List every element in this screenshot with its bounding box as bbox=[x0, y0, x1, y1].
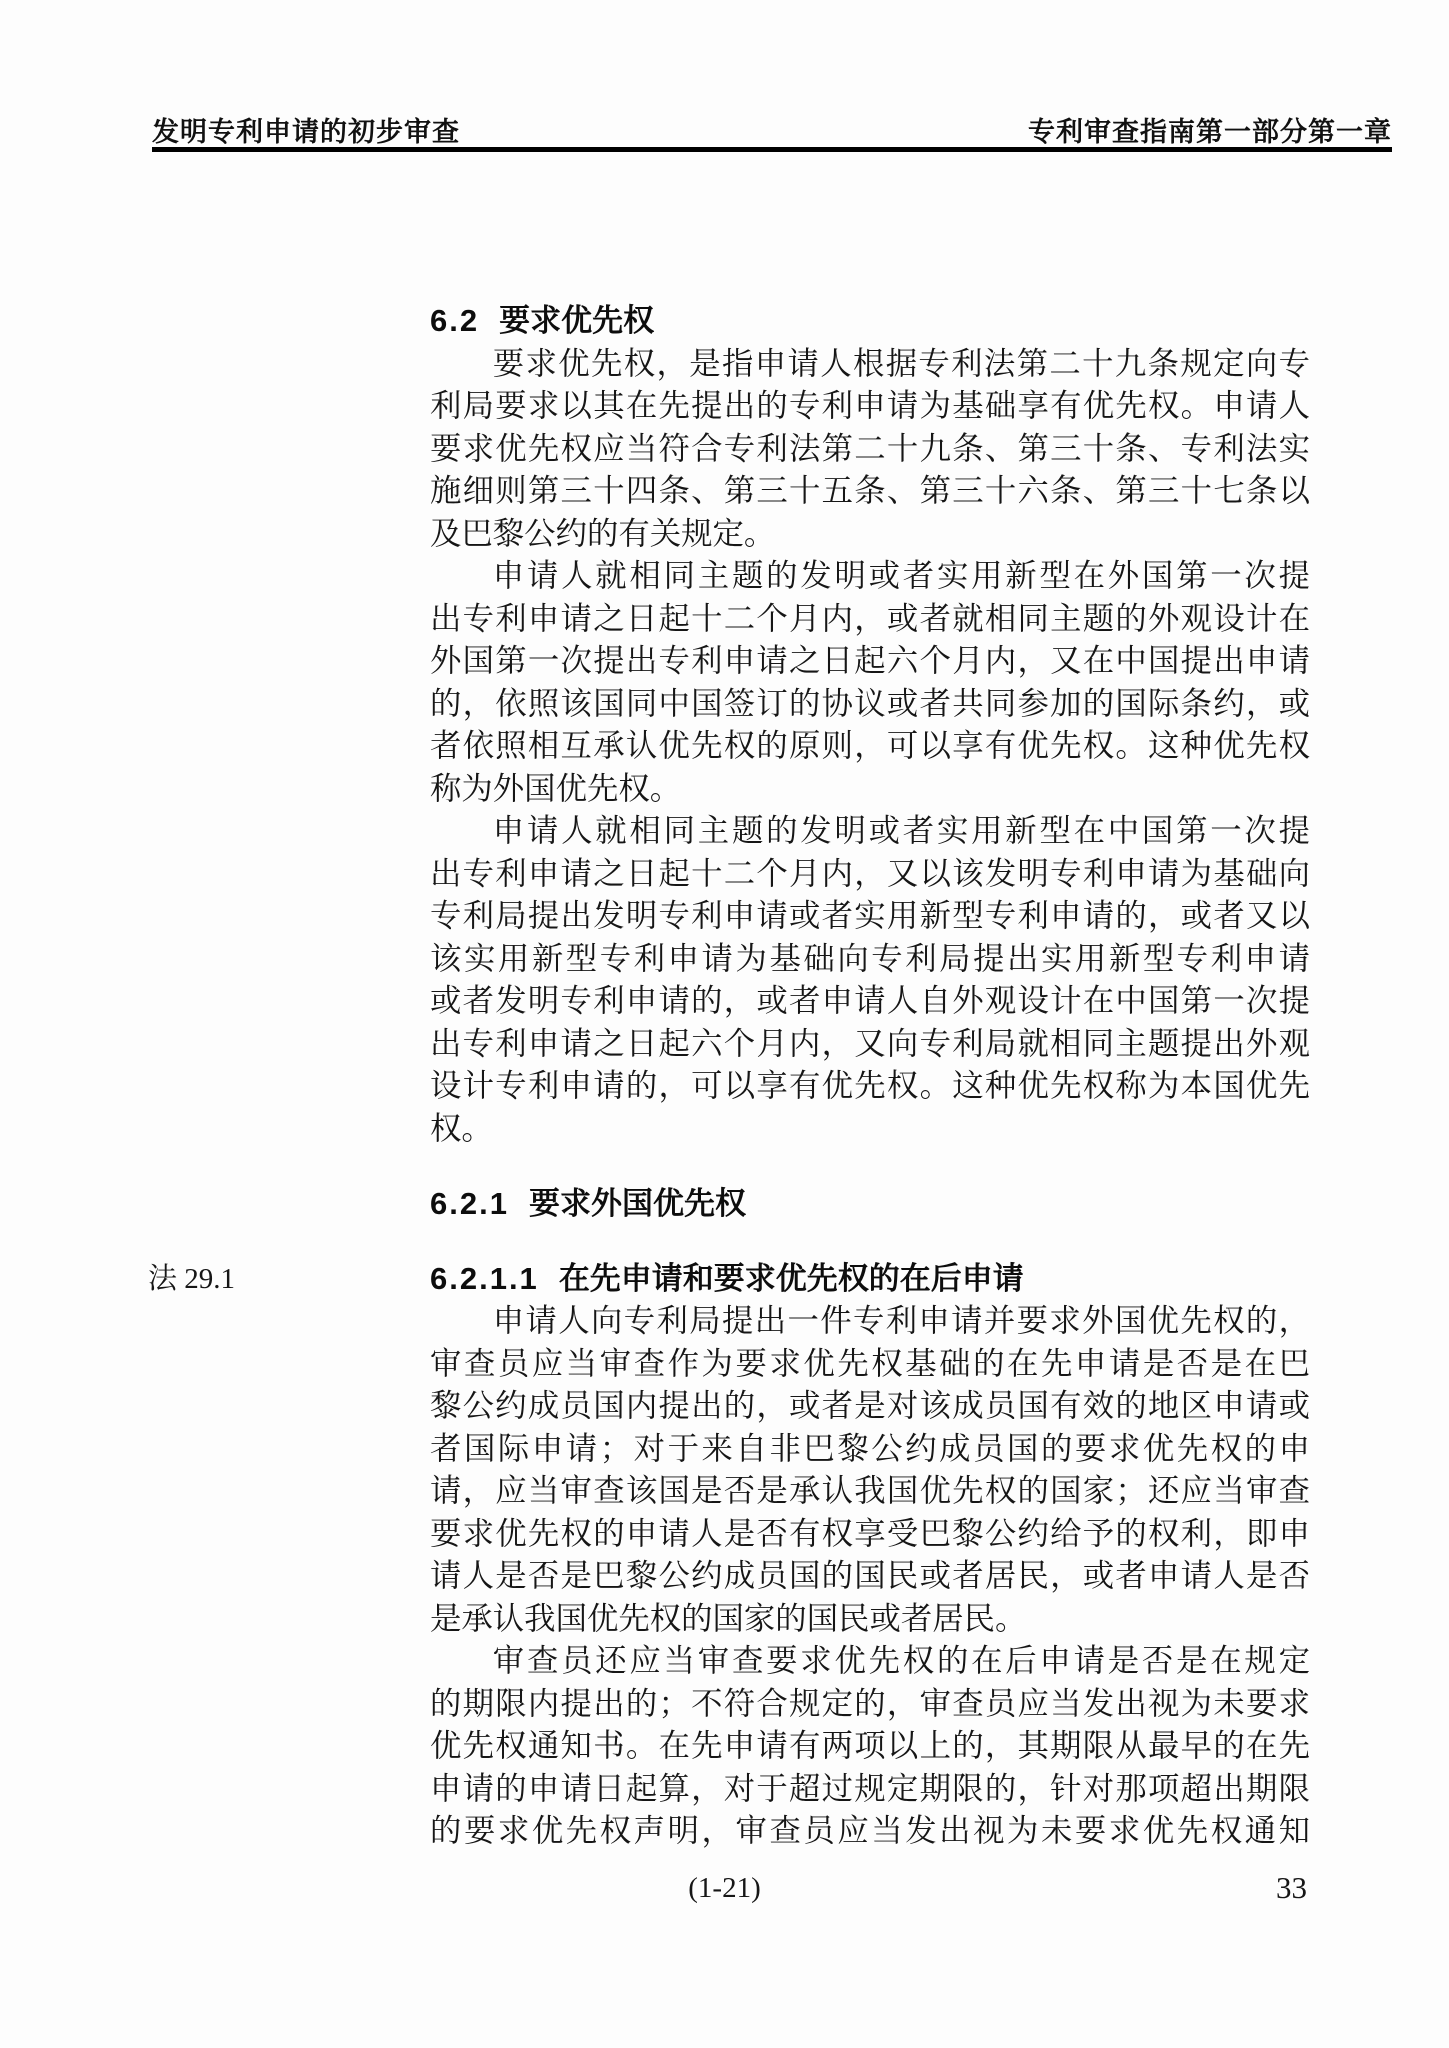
header-right-title: 专利审查指南第一部分第一章 bbox=[1028, 110, 1392, 149]
text-line: 称为外国优先权。 bbox=[430, 768, 1310, 811]
text-line: 出专利申请之日起六个月内，又向专利局就相同主题提出外观 bbox=[430, 1023, 1310, 1066]
section-number: 6.2.1 bbox=[430, 1186, 509, 1221]
paragraph-3: 申请人就相同主题的发明或者实用新型在中国第一次提出专利申请之日起十二个月内，又以… bbox=[430, 810, 1310, 1150]
paragraph-2: 申请人就相同主题的发明或者实用新型在外国第一次提出专利申请之日起十二个月内，或者… bbox=[430, 555, 1310, 810]
text-line: 出专利申请之日起十二个月内，或者就相同主题的外观设计在 bbox=[430, 598, 1310, 641]
section-title: 要求外国优先权 bbox=[529, 1186, 746, 1221]
text-line: 请人是否是巴黎公约成员国的国民或者居民，或者申请人是否 bbox=[430, 1555, 1310, 1598]
text-line: 申请的申请日起算，对于超过规定期限的，针对那项超出期限 bbox=[430, 1768, 1310, 1811]
text-line: 及巴黎公约的有关规定。 bbox=[430, 513, 1310, 556]
text-line: 请，应当审查该国是否是承认我国优先权的国家；还应当审查 bbox=[430, 1470, 1310, 1513]
footer-page-number: 33 bbox=[1276, 1870, 1307, 1906]
body-column: 6.2要求优先权 要求优先权，是指申请人根据专利法第二十九条规定向专利局要求以其… bbox=[430, 300, 1310, 1853]
text-line: 的期限内提出的；不符合规定的，审查员应当发出视为未要求 bbox=[430, 1683, 1310, 1726]
section-title: 要求优先权 bbox=[499, 303, 654, 338]
section-number: 6.2.1.1 bbox=[430, 1261, 539, 1296]
text-line: 出专利申请之日起十二个月内，又以该发明专利申请为基础向 bbox=[430, 853, 1310, 896]
header-rule bbox=[152, 147, 1392, 152]
text-line: 的，依照该国同中国签订的协议或者共同参加的国际条约，或 bbox=[430, 683, 1310, 726]
header-left-title: 发明专利申请的初步审查 bbox=[152, 110, 460, 149]
document-page: 发明专利申请的初步审查 专利审查指南第一部分第一章 法 29.1 6.2要求优先… bbox=[0, 0, 1449, 2048]
text-line: 专利局提出发明专利申请或者实用新型专利申请的，或者又以 bbox=[430, 895, 1310, 938]
text-line: 或者发明专利申请的，或者申请人自外观设计在中国第一次提 bbox=[430, 980, 1310, 1023]
text-line: 该实用新型专利申请为基础向专利局提出实用新型专利申请 bbox=[430, 938, 1310, 981]
section-heading-6-2-1-1: 6.2.1.1在先申请和要求优先权的在后申请 bbox=[430, 1258, 1310, 1301]
text-line: 要求优先权的申请人是否有权享受巴黎公约给予的权利，即申 bbox=[430, 1513, 1310, 1556]
paragraph-4: 申请人向专利局提出一件专利申请并要求外国优先权的，审查员应当审查作为要求优先权基… bbox=[430, 1300, 1310, 1640]
text-line: 黎公约成员国内提出的，或者是对该成员国有效的地区申请或 bbox=[430, 1385, 1310, 1428]
page-header: 发明专利申请的初步审查 专利审查指南第一部分第一章 bbox=[152, 110, 1392, 149]
margin-note-law-29-1: 法 29.1 bbox=[148, 1258, 235, 1301]
text-line: 审查员应当审查作为要求优先权基础的在先申请是否是在巴 bbox=[430, 1343, 1310, 1386]
text-line: 申请人就相同主题的发明或者实用新型在中国第一次提 bbox=[430, 810, 1310, 853]
paragraph-1: 要求优先权，是指申请人根据专利法第二十九条规定向专利局要求以其在先提出的专利申请… bbox=[430, 343, 1310, 556]
text-line: 者国际申请；对于来自非巴黎公约成员国的要求优先权的申 bbox=[430, 1428, 1310, 1471]
text-line: 外国第一次提出专利申请之日起六个月内，又在中国提出申请 bbox=[430, 640, 1310, 683]
text-line: 要求优先权应当符合专利法第二十九条、第三十条、专利法实 bbox=[430, 428, 1310, 471]
text-line: 优先权通知书。在先申请有两项以上的，其期限从最早的在先 bbox=[430, 1725, 1310, 1768]
paragraph-5: 审查员还应当审查要求优先权的在后申请是否是在规定的期限内提出的；不符合规定的，审… bbox=[430, 1640, 1310, 1853]
text-line: 利局要求以其在先提出的专利申请为基础享有优先权。申请人 bbox=[430, 385, 1310, 428]
text-line: 的要求优先权声明，审查员应当发出视为未要求优先权通知 bbox=[430, 1810, 1310, 1853]
text-line: 要求优先权，是指申请人根据专利法第二十九条规定向专 bbox=[430, 343, 1310, 386]
section-heading-6-2: 6.2要求优先权 bbox=[430, 300, 1310, 343]
section-title: 在先申请和要求优先权的在后申请 bbox=[559, 1261, 1024, 1296]
text-line: 是承认我国优先权的国家的国民或者居民。 bbox=[430, 1598, 1310, 1641]
text-line: 者依照相互承认优先权的原则，可以享有优先权。这种优先权 bbox=[430, 725, 1310, 768]
text-line: 施细则第三十四条、第三十五条、第三十六条、第三十七条以 bbox=[430, 470, 1310, 513]
section-number: 6.2 bbox=[430, 303, 479, 338]
footer-section-page-label: (1-21) bbox=[0, 1872, 1449, 1905]
section-heading-6-2-1: 6.2.1要求外国优先权 bbox=[430, 1183, 1310, 1226]
text-line: 申请人向专利局提出一件专利申请并要求外国优先权的， bbox=[430, 1300, 1310, 1343]
text-line: 审查员还应当审查要求优先权的在后申请是否是在规定 bbox=[430, 1640, 1310, 1683]
text-line: 申请人就相同主题的发明或者实用新型在外国第一次提 bbox=[430, 555, 1310, 598]
text-line: 设计专利申请的，可以享有优先权。这种优先权称为本国优先 bbox=[430, 1065, 1310, 1108]
text-line: 权。 bbox=[430, 1108, 1310, 1151]
